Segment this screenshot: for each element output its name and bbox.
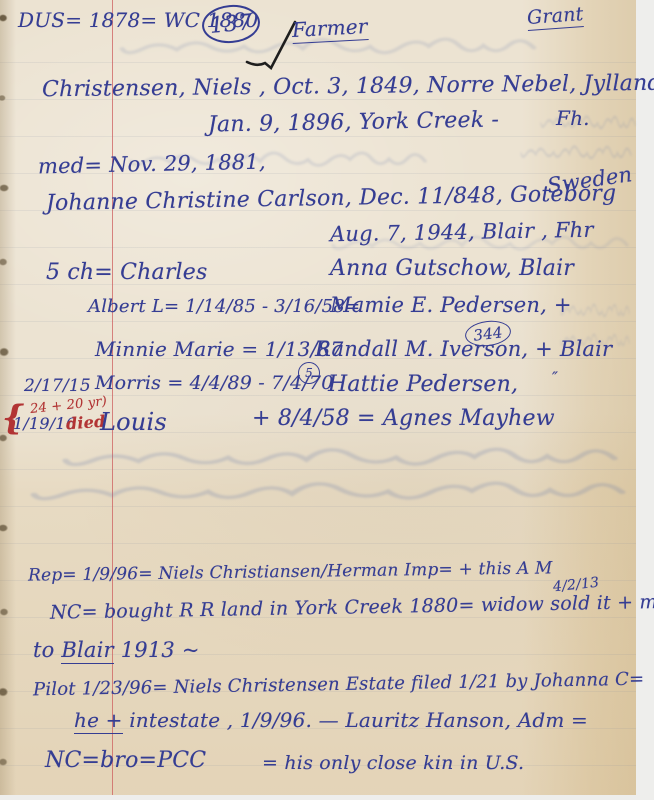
intestate-note: he + intestate , 1/9/96. — Lauritz Hanso…: [74, 708, 588, 732]
child-louis: Louis: [100, 408, 167, 436]
land-note: NC= bought R R land in York Creek 1880= …: [50, 590, 654, 623]
children-count-charles: 5 ch= Charles: [46, 260, 208, 285]
marriage-date-line: med= Nov. 29, 1881,: [38, 150, 266, 179]
louis-spouse: + 8/4/58 = Agnes Mayhew: [252, 406, 555, 431]
he-underlined: he +: [74, 708, 123, 734]
year-word: 1913 ~: [121, 638, 200, 662]
albert-spouse: Mamie E. Pedersen, +: [330, 293, 572, 317]
kin-code-note: NC=bro=PCC: [45, 748, 206, 773]
occupation-text: Farmer: [291, 14, 368, 44]
child-albert: Albert L= 1/14/85 - 3/16/58=: [88, 296, 360, 317]
paper-sheet: DUS= 1878= WC 1880 137 Farmer Grant Chri…: [0, 0, 636, 795]
death-note: Fh.: [556, 106, 590, 130]
blair-word: Blair: [61, 638, 113, 664]
scanned-genealogy-page: DUS= 1878= WC 1880 137 Farmer Grant Chri…: [0, 0, 654, 800]
principal-name-line: Christensen, Niels , Oct. 3, 1849, Norre…: [42, 71, 654, 102]
pilot-estate-note: Pilot 1/23/96= Niels Christensen Estate …: [33, 669, 645, 701]
bleed-through-line: [28, 475, 628, 508]
county-text: Grant: [526, 3, 584, 31]
kin-description-note: = his only close kin in U.S.: [262, 752, 524, 774]
morris-spouse: Hattie Pedersen,: [328, 372, 518, 397]
spouse-name-line: Johanne Christine Carlson, Dec. 11/848, …: [46, 181, 617, 216]
spouse-death-line: Aug. 7, 1944, Blair , Fhr: [330, 218, 594, 247]
principal-death-line: Jan. 9, 1896, York Creek -: [208, 107, 499, 137]
newspaper-rep-note: Rep= 1/9/96= Niels Christiansen/Herman I…: [28, 558, 553, 585]
to-word: to: [33, 638, 54, 662]
bleed-through-line: [60, 442, 620, 475]
margin-date-blue: 2/17/15: [24, 376, 91, 396]
child-number-badge: 5: [298, 362, 320, 384]
occupation-label: Farmer: [291, 14, 368, 42]
charles-spouse: Anna Gutschow, Blair: [330, 256, 574, 281]
red-margin-line: [112, 0, 113, 795]
ditto-mark: ″: [552, 368, 558, 387]
moved-to-blair-note: to Blair 1913 ~: [33, 638, 200, 662]
bleed-through-line: [520, 142, 632, 165]
intestate-text: intestate , 1/9/96. — Lauritz Hanson, Ad…: [129, 708, 588, 732]
child-minnie: Minnie Marie = 1/13/87: [95, 337, 343, 361]
minnie-spouse: Randall M. Iverson, + Blair: [315, 337, 612, 361]
county-label: Grant: [526, 3, 584, 29]
